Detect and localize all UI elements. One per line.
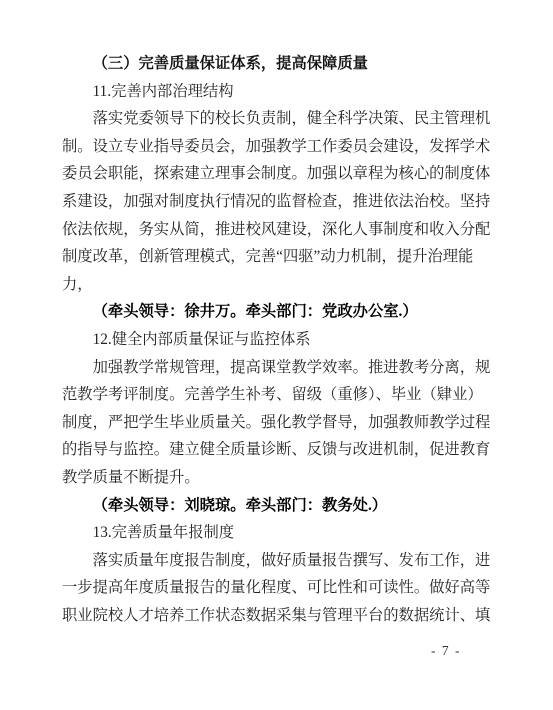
- item-12-lead: （牵头领导：刘晓琼。牵头部门：教务处.）: [62, 492, 492, 520]
- item-12-body: 加强教学常规管理，提高课堂教学效率。推进教考分离，规 范教学考评制度。完善学生补…: [62, 354, 492, 492]
- document-content: （三）完善质量保证体系，提高保障质量 11.完善内部治理结构 落实党委领导下的校…: [62, 50, 492, 629]
- item-11-body: 落实党委领导下的校长负责制，健全科学决策、民主管理机 制。设立专业指导委员会，加…: [62, 105, 492, 298]
- item-13-body: 落实质量年度报告制度，做好质量报告撰写、发布工作，进 一步提高年度质量报告的量化…: [62, 547, 492, 630]
- item-11-title: 11.完善内部治理结构: [62, 78, 492, 106]
- item-12-title: 12.健全内部质量保证与监控体系: [62, 326, 492, 354]
- item-11-lead: （牵头领导：徐井万。牵头部门：党政办公室.）: [62, 298, 492, 326]
- section-heading: （三）完善质量保证体系，提高保障质量: [62, 50, 492, 78]
- item-13-title: 13.完善质量年报制度: [62, 519, 492, 547]
- page-number: - 7 -: [431, 643, 461, 658]
- document-page: （三）完善质量保证体系，提高保障质量 11.完善内部治理结构 落实党委领导下的校…: [0, 0, 553, 710]
